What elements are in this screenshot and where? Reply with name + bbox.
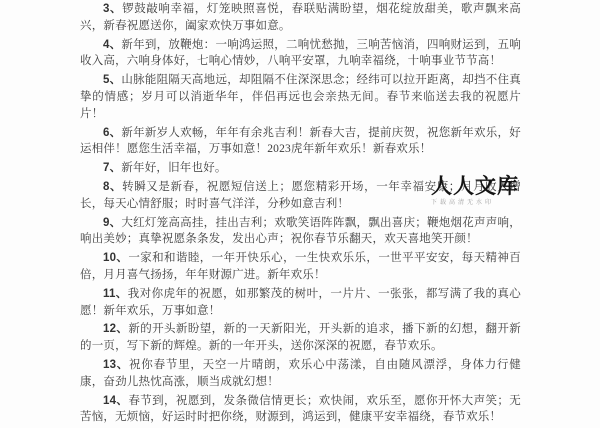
greeting-paragraph: 8、转瞬又是新春，祝愿短信送上；愿您精彩开场，一年幸福安康；月月收入增长，每天心… — [80, 179, 521, 213]
document-page: 3、锣鼓敲响幸福，灯笼映照喜悦，春联贴满盼望，烟花绽放甜美，歌声飘来高兴，新春祝… — [0, 0, 600, 400]
item-number: 13、 — [103, 359, 129, 371]
greeting-paragraph: 3、锣鼓敲响幸福，灯笼映照喜悦，春联贴满盼望，烟花绽放甜美，歌声飘来高兴，新春祝… — [80, 1, 521, 35]
item-number: 10、 — [103, 252, 128, 264]
greeting-paragraph: 13、祝你春节里，天空一片晴朗，欢乐心中荡漾，自由随风漂浮，身体力行健康，奋劲儿… — [80, 357, 521, 391]
item-number: 4、 — [103, 39, 121, 51]
greeting-paragraph: 4、新年到，放鞭炮：一响鸿运照，二响忧愁抛，三响苦恼消，四响财运到，五响收入高，… — [80, 37, 521, 71]
item-text: 新的开头新盼望，新的一天新阳光，开头新的追求，播下新的幻想，翻开新的一页，写下新… — [80, 323, 521, 352]
item-number: 14、 — [103, 395, 128, 400]
item-text: 新年到，放鞭炮：一响鸿运照，二响忧愁抛，三响苦恼消，四响财运到，五响收入高，六响… — [80, 39, 521, 68]
item-text: 一家和和谐睦，一年开快乐心，一生快欢乐乐，一世平平安安，每天精神百倍，月月喜气扬… — [80, 252, 521, 281]
item-number: 6、 — [103, 127, 121, 139]
item-text: 新年好，旧年也好。 — [121, 162, 226, 174]
greeting-paragraph: 6、新年新岁人欢畅，年年有余兆吉利！新春大吉，提前庆贺，祝您新年欢乐，好运相伴！… — [80, 125, 521, 159]
greeting-paragraph: 5、山脉能阻隔天高地远，却阻隔不住深深思念；经纬可以拉开距离，却挡不住真挚的情感… — [80, 72, 521, 122]
item-number: 12、 — [103, 323, 128, 335]
greeting-paragraph: 10、一家和和谐睦，一年开快乐心，一生快欢乐乐，一世平平安安，每天精神百倍，月月… — [80, 250, 521, 284]
item-number: 8、 — [103, 181, 122, 193]
item-number: 9、 — [103, 217, 121, 229]
item-number: 7、 — [103, 162, 121, 174]
greeting-paragraph: 11、我对你虎年的祝愿，如那繁茂的树叶，一片片、一张张，都写满了我的真心愿！新年… — [80, 286, 521, 320]
item-text: 祝你春节里，天空一片晴朗，欢乐心中荡漾，自由随风漂浮，身体力行健康，奋劲儿热忱高… — [80, 359, 521, 388]
greeting-paragraph: 9、大红灯笼高高挂，挂出吉利；欢歌笑语阵阵飘，飘出喜庆；鞭炮烟花声声响，响出美妙… — [80, 215, 521, 249]
item-text: 转瞬又是新春，祝愿短信送上；愿您精彩开场，一年幸福安康；月月收入增长，每天心情舒… — [80, 181, 521, 210]
document-body: 3、锣鼓敲响幸福，灯笼映照喜悦，春联贴满盼望，烟花绽放甜美，歌声飘来高兴，新春祝… — [80, 1, 521, 400]
item-number: 3、 — [103, 3, 122, 15]
greeting-paragraph: 7、新年好，旧年也好。 — [80, 160, 521, 177]
item-text: 我对你虎年的祝愿，如那繁茂的树叶，一片片、一张张，都写满了我的真心愿！新年欢乐，… — [80, 288, 521, 317]
item-text: 大红灯笼高高挂，挂出吉利；欢歌笑语阵阵飘，飘出喜庆；鞭炮烟花声声响，响出美妙；真… — [80, 217, 521, 246]
item-text: 春节到，祝愿到，发条微信情更长；欢快闹，欢乐至，愿你开怀大声笑；无苦恼，无烦恼，… — [80, 395, 521, 400]
item-text: 锣鼓敲响幸福，灯笼映照喜悦，春联贴满盼望，烟花绽放甜美，歌声飘来高兴，新春祝愿送… — [80, 3, 521, 32]
greeting-paragraph: 12、新的开头新盼望，新的一天新阳光，开头新的追求，播下新的幻想，翻开新的一页，… — [80, 321, 521, 355]
greeting-paragraph: 14、春节到，祝愿到，发条微信情更长；欢快闹，欢乐至，愿你开怀大声笑；无苦恼，无… — [80, 393, 521, 400]
item-text: 新年新岁人欢畅，年年有余兆吉利！新春大吉，提前庆贺，祝您新年欢乐，好运相伴！愿您… — [80, 127, 521, 156]
item-number: 5、 — [103, 74, 121, 86]
item-text: 山脉能阻隔天高地远，却阻隔不住深深思念；经纬可以拉开距离，却挡不住真挚的情感；岁… — [80, 74, 521, 120]
item-number: 11、 — [103, 288, 128, 300]
